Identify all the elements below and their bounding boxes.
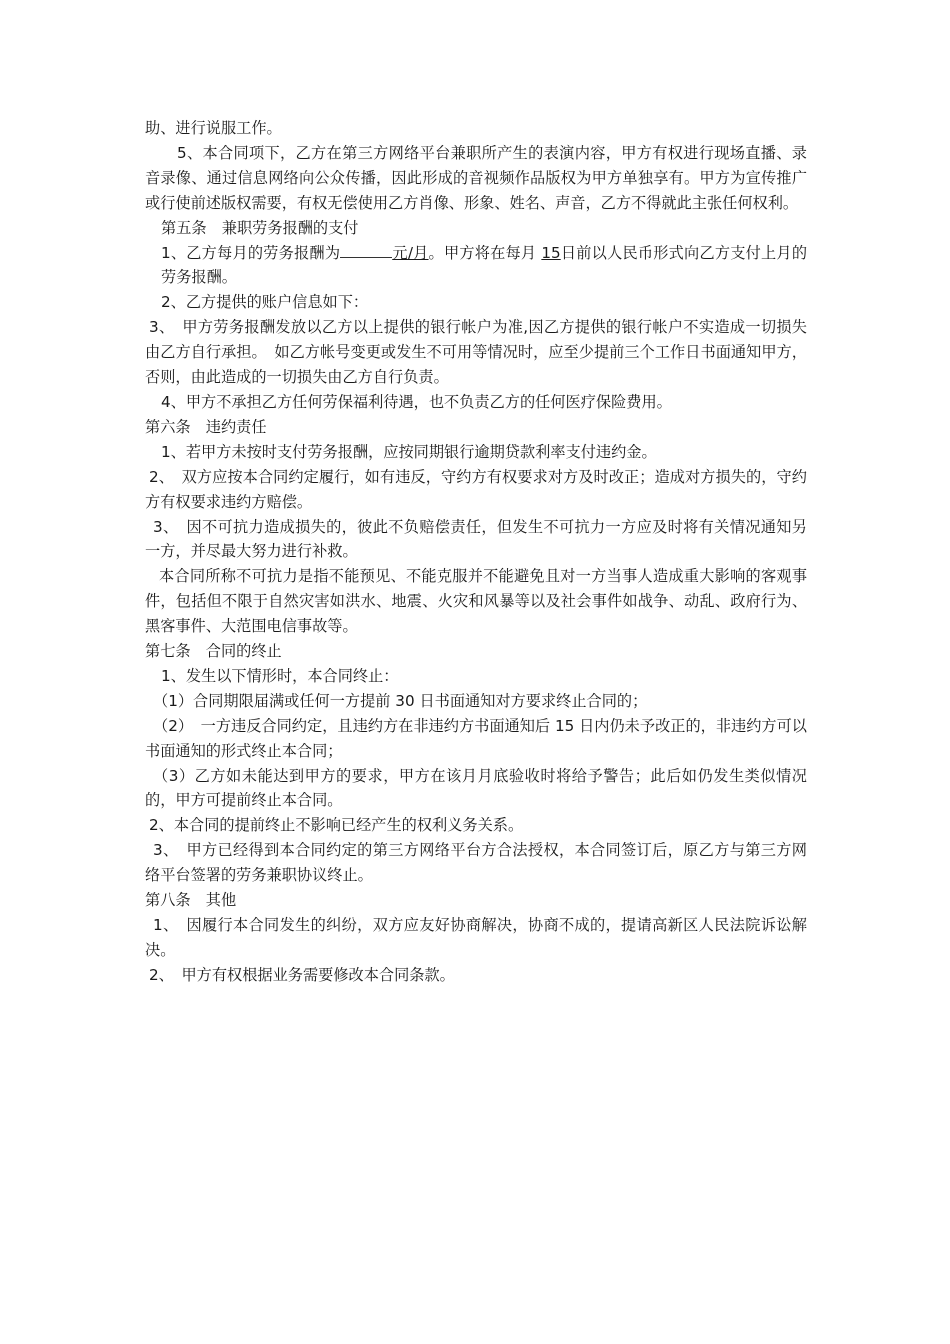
article-6-item-1: 1、若甲方未按时支付劳务报酬，应按同期银行逾期贷款利率支付违约金。 bbox=[145, 440, 807, 465]
article-7-item-1-sub-1: （1）合同期限届满或任何一方提前 30 日书面通知对方要求终止合同的； bbox=[145, 689, 807, 714]
article-5-item-1: 1、乙方每月的劳务报酬为元/月。甲方将在每月 15日前以人民币形式向乙方支付上月… bbox=[145, 241, 807, 291]
article-7-item-2: 2、本合同的提前终止不影响已经产生的权利义务关系。 bbox=[145, 813, 807, 838]
article-7-item-1-sub-3: （3）乙方如未能达到甲方的要求，甲方在该月月底验收时将给予警告；此后如仍发生类似… bbox=[145, 764, 807, 814]
article-5-item-4: 4、甲方不承担乙方任何劳保福利待遇，也不负责乙方的任何医疗保险费用。 bbox=[145, 390, 807, 415]
item-text: 1、乙方每月的劳务报酬为 bbox=[161, 244, 340, 262]
article-6-item-3: 3、 因不可抗力造成损失的，彼此不负赔偿责任，但发生不可抗力一方应及时将有关情况… bbox=[145, 515, 807, 565]
article-6-heading: 第六条 违约责任 bbox=[145, 415, 807, 440]
document-page: 助、进行说服工作。 5、本合同项下，乙方在第三方网络平台兼职所产生的表演内容，甲… bbox=[145, 116, 807, 988]
article-5-heading: 第五条 兼职劳务报酬的支付 bbox=[145, 216, 807, 241]
item-text: 。甲方将在每月 bbox=[429, 244, 542, 262]
article-5-item-2: 2、乙方提供的账户信息如下： bbox=[145, 290, 807, 315]
article-8-item-2: 2、 甲方有权根据业务需要修改本合同条款。 bbox=[145, 963, 807, 988]
article-7-item-1: 1、发生以下情形时，本合同终止： bbox=[145, 664, 807, 689]
salary-blank: 元/月 bbox=[340, 244, 428, 262]
article-8-item-1: 1、 因履行本合同发生的纠纷，双方应友好协商解决，协商不成的，提请高新区人民法院… bbox=[145, 913, 807, 963]
article-5-item-3: 3、 甲方劳务报酬发放以乙方以上提供的银行帐户为准,因乙方提供的银行帐户不实造成… bbox=[145, 315, 807, 390]
article-7-heading: 第七条 合同的终止 bbox=[145, 639, 807, 664]
paragraph-continuation: 助、进行说服工作。 bbox=[145, 116, 807, 141]
salary-amount-blank bbox=[340, 243, 392, 258]
article-8-heading: 第八条 其他 bbox=[145, 888, 807, 913]
clause-4-item-5: 5、本合同项下，乙方在第三方网络平台兼职所产生的表演内容，甲方有权进行现场直播、… bbox=[145, 141, 807, 216]
pay-day: 15 bbox=[541, 244, 560, 262]
salary-unit: 元/月 bbox=[392, 244, 428, 262]
article-7-item-3: 3、 甲方已经得到本合同约定的第三方网络平台方合法授权，本合同签订后，原乙方与第… bbox=[145, 838, 807, 888]
article-6-item-2: 2、 双方应按本合同约定履行，如有违反，守约方有权要求对方及时改正；造成对方损失… bbox=[145, 465, 807, 515]
article-7-item-1-sub-2: （2） 一方违反合同约定，且违约方在非违约方书面通知后 15 日内仍未予改正的，… bbox=[145, 714, 807, 764]
force-majeure-definition: 本合同所称不可抗力是指不能预见、不能克服并不能避免且对一方当事人造成重大影响的客… bbox=[145, 564, 807, 639]
